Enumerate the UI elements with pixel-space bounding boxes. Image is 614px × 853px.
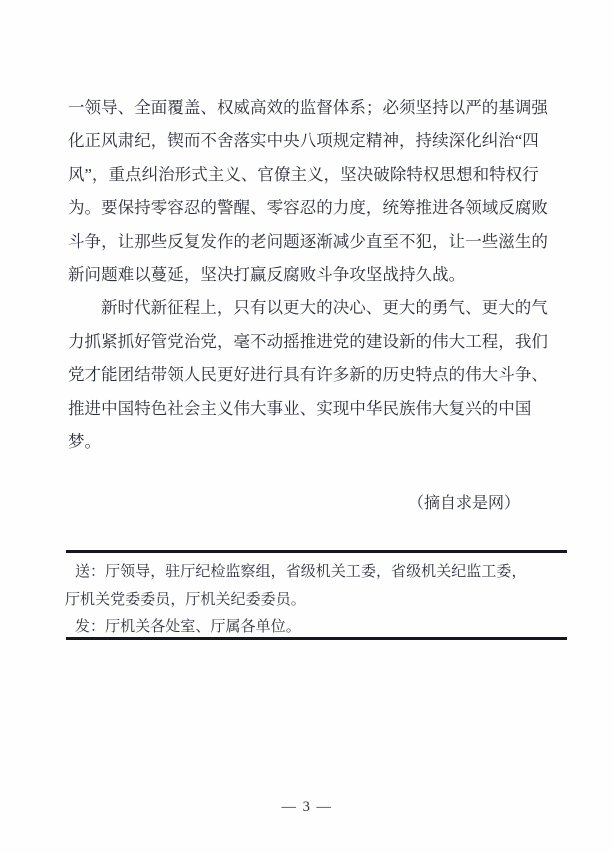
page-number: — 3 — xyxy=(0,799,614,816)
distribution-rule-top xyxy=(66,550,567,553)
paragraph-new-era: 新时代新征程上，只有以更大的决心、更大的勇气、更大的气 力抓紧抓好管党治党，毫不… xyxy=(68,291,558,458)
send-to-line: 送：厅领导，驻厅纪检监察组，省级机关工委，省级机关纪监工委， 厅机关党委委员，厅… xyxy=(65,559,545,614)
document-page: 一领导、全面覆盖、权威高效的监督体系；必须坚持以严的基调强 化正风肃纪，锲而不舍… xyxy=(0,0,614,853)
source-attribution: （摘自求是网） xyxy=(408,494,520,514)
body-text-block: 一领导、全面覆盖、权威高效的监督体系；必须坚持以严的基调强 化正风肃纪，锲而不舍… xyxy=(68,91,558,458)
distribution-block: 送：厅领导，驻厅纪检监察组，省级机关工委，省级机关纪监工委， 厅机关党委委员，厅… xyxy=(65,559,545,642)
paragraph-continuation: 一领导、全面覆盖、权威高效的监督体系；必须坚持以严的基调强 化正风肃纪，锲而不舍… xyxy=(68,91,558,291)
distribution-rule-bottom xyxy=(66,637,567,640)
